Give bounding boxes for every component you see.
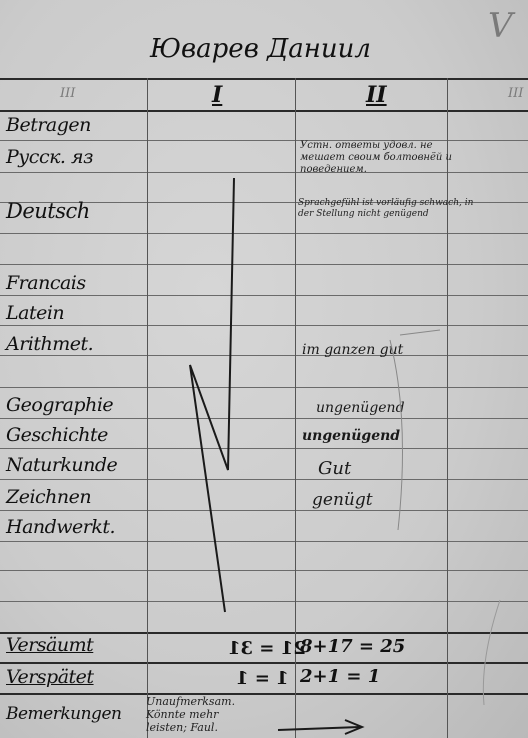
remarks-arrow-icon bbox=[0, 0, 528, 738]
report-card-page: Юварев Даниил V III III I II Betragen Ру… bbox=[0, 0, 528, 738]
